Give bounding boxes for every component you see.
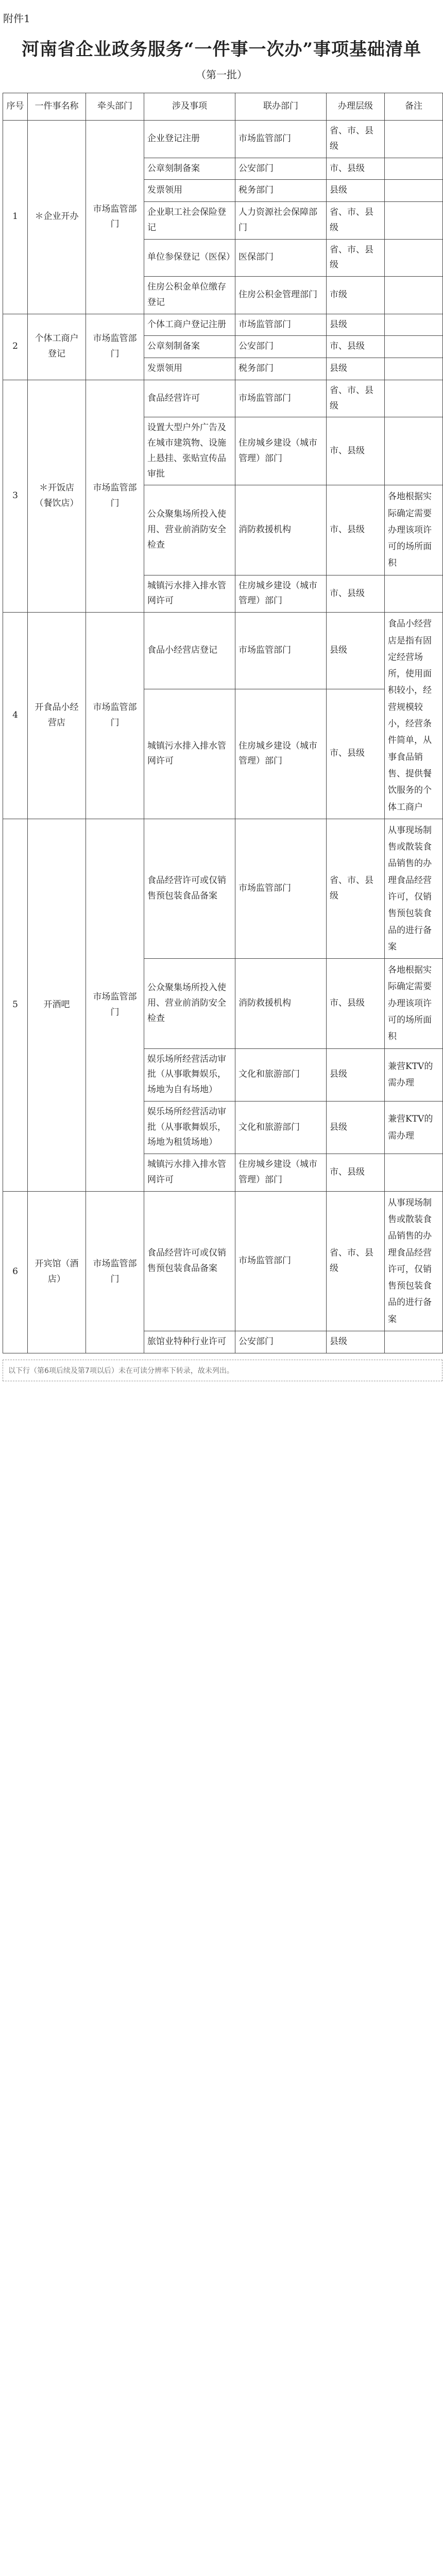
col-header-no: 序号	[3, 93, 28, 121]
table-row: 2个体工商户登记市场监管部门个体工商户登记注册市场监管部门县级	[3, 314, 443, 336]
item-name: 开酒吧	[28, 819, 86, 1191]
item-number: 1	[3, 121, 28, 314]
remark: 食品小经营店是指有固定经营场所，使用面积较小，经营规模较小，经营条件简单，从事食…	[385, 613, 443, 819]
involved-matter: 食品小经营店登记	[144, 613, 235, 689]
involved-matter: 食品经营许可或仅销售预包装食品备案	[144, 819, 235, 958]
item-number: 2	[3, 314, 28, 380]
handling-level: 市、县级	[327, 689, 385, 819]
item-name: ＊企业开办	[28, 121, 86, 314]
joint-department: 公安部门	[235, 1331, 327, 1353]
table-body: 1＊企业开办市场监管部门企业登记注册市场监管部门省、市、县级公章刻制备案公安部门…	[3, 121, 443, 1353]
handling-level: 市、县级	[327, 1154, 385, 1192]
involved-matter: 城镇污水排入排水管网许可	[144, 1154, 235, 1192]
remark	[385, 180, 443, 202]
handling-level: 县级	[327, 1331, 385, 1353]
involved-matter: 公众聚集场所投入使用、营业前消防安全检查	[144, 485, 235, 575]
handling-level: 县级	[327, 314, 385, 336]
involved-matter: 娱乐场所经营活动审批（从事歌舞娱乐，场地为租赁场地）	[144, 1101, 235, 1154]
transcription-status: 以下行（第6项后续及第7项以后）未在可读分辨率下转录，故未列出。	[3, 1360, 442, 1381]
handling-level: 省、市、县级	[327, 819, 385, 958]
remark	[385, 121, 443, 158]
handling-level: 省、市、县级	[327, 121, 385, 158]
involved-matter: 公章刻制备案	[144, 158, 235, 180]
joint-department: 人力资源社会保障部门	[235, 202, 327, 240]
item-name: 开食品小经营店	[28, 613, 86, 819]
col-header-matter: 涉及事项	[144, 93, 235, 121]
remark: 兼营KTV的需办理	[385, 1101, 443, 1154]
involved-matter: 食品经营许可	[144, 380, 235, 417]
involved-matter: 发票领用	[144, 180, 235, 202]
handling-level: 县级	[327, 1048, 385, 1101]
involved-matter: 娱乐场所经营活动审批（从事歌舞娱乐，场地为自有场地）	[144, 1048, 235, 1101]
item-name: ＊开饭店（餐饮店）	[28, 380, 86, 612]
remark	[385, 358, 443, 380]
joint-department: 税务部门	[235, 358, 327, 380]
item-name: 个体工商户登记	[28, 314, 86, 380]
handling-level: 省、市、县级	[327, 1191, 385, 1331]
joint-department: 住房公积金管理部门	[235, 277, 327, 314]
joint-department: 市场监管部门	[235, 613, 327, 689]
lead-department: 市场监管部门	[86, 121, 144, 314]
joint-department: 医保部门	[235, 239, 327, 277]
handling-level: 市、县级	[327, 336, 385, 358]
handling-level: 省、市、县级	[327, 380, 385, 417]
involved-matter: 个体工商户登记注册	[144, 314, 235, 336]
involved-matter: 单位参保登记（医保）	[144, 239, 235, 277]
involved-matter: 发票领用	[144, 358, 235, 380]
handling-level: 省、市、县级	[327, 239, 385, 277]
joint-department: 市场监管部门	[235, 819, 327, 958]
table-row: 4开食品小经营店市场监管部门食品小经营店登记市场监管部门县级食品小经营店是指有固…	[3, 613, 443, 689]
joint-department: 住房城乡建设（城市管理）部门	[235, 575, 327, 613]
col-header-note: 备注	[385, 93, 443, 121]
handling-level: 市级	[327, 277, 385, 314]
remark: 从事现场制售或散装食品销售的办理食品经营许可，仅销售预包装食品的进行备案	[385, 1191, 443, 1331]
item-number: 4	[3, 613, 28, 819]
joint-department: 公安部门	[235, 158, 327, 180]
table-row: 1＊企业开办市场监管部门企业登记注册市场监管部门省、市、县级	[3, 121, 443, 158]
involved-matter: 食品经营许可或仅销售预包装食品备案	[144, 1191, 235, 1331]
lead-department: 市场监管部门	[86, 613, 144, 819]
lead-department: 市场监管部门	[86, 314, 144, 380]
lead-department: 市场监管部门	[86, 380, 144, 612]
remark	[385, 417, 443, 485]
table-row: 6开宾馆（酒店）市场监管部门食品经营许可或仅销售预包装食品备案市场监管部门省、市…	[3, 1191, 443, 1331]
handling-level: 市、县级	[327, 158, 385, 180]
remark: 兼营KTV的需办理	[385, 1048, 443, 1101]
joint-department: 文化和旅游部门	[235, 1101, 327, 1154]
remark	[385, 575, 443, 613]
matters-table: 序号 一件事名称 牵头部门 涉及事项 联办部门 办理层级 备注 1＊企业开办市场…	[3, 93, 443, 1353]
remark	[385, 380, 443, 417]
joint-department: 住房城乡建设（城市管理）部门	[235, 1154, 327, 1192]
joint-department: 公安部门	[235, 336, 327, 358]
remark: 各地根据实际确定需要办理该项许可的场所面积	[385, 959, 443, 1048]
joint-department: 市场监管部门	[235, 314, 327, 336]
joint-department: 消防救援机构	[235, 485, 327, 575]
col-header-level: 办理层级	[327, 93, 385, 121]
item-number: 6	[3, 1191, 28, 1353]
joint-department: 住房城乡建设（城市管理）部门	[235, 689, 327, 819]
involved-matter: 旅馆业特种行业许可	[144, 1331, 235, 1353]
handling-level: 县级	[327, 180, 385, 202]
lead-department: 市场监管部门	[86, 819, 144, 1191]
involved-matter: 住房公积金单位缴存登记	[144, 277, 235, 314]
remark	[385, 314, 443, 336]
involved-matter: 城镇污水排入排水管网许可	[144, 689, 235, 819]
col-header-lead: 牵头部门	[86, 93, 144, 121]
document-page: 附件1 河南省企业政务服务“一件事一次办”事项基础清单 （第一批） 序号 一件事…	[0, 0, 443, 1402]
involved-matter: 公众聚集场所投入使用、营业前消防安全检查	[144, 959, 235, 1048]
document-title: 河南省企业政务服务“一件事一次办”事项基础清单	[0, 35, 443, 60]
involved-matter: 城镇污水排入排水管网许可	[144, 575, 235, 613]
col-header-name: 一件事名称	[28, 93, 86, 121]
remark: 各地根据实际确定需要办理该项许可的场所面积	[385, 485, 443, 575]
involved-matter: 设置大型户外广告及在城市建筑物、设施上悬挂、张贴宣传品审批	[144, 417, 235, 485]
joint-department: 文化和旅游部门	[235, 1048, 327, 1101]
remark	[385, 336, 443, 358]
handling-level: 市、县级	[327, 959, 385, 1048]
handling-level: 市、县级	[327, 417, 385, 485]
remark	[385, 202, 443, 240]
remark	[385, 1154, 443, 1192]
handling-level: 省、市、县级	[327, 202, 385, 240]
joint-department: 消防救援机构	[235, 959, 327, 1048]
remark: 从事现场制售或散装食品销售的办理食品经营许可，仅销售预包装食品的进行备案	[385, 819, 443, 958]
handling-level: 市、县级	[327, 575, 385, 613]
handling-level: 县级	[327, 358, 385, 380]
joint-department: 住房城乡建设（城市管理）部门	[235, 417, 327, 485]
lead-department: 市场监管部门	[86, 1191, 144, 1353]
remark	[385, 158, 443, 180]
table-header-row: 序号 一件事名称 牵头部门 涉及事项 联办部门 办理层级 备注	[3, 93, 443, 121]
col-header-dept: 联办部门	[235, 93, 327, 121]
involved-matter: 公章刻制备案	[144, 336, 235, 358]
joint-department: 税务部门	[235, 180, 327, 202]
remark	[385, 277, 443, 314]
handling-level: 县级	[327, 613, 385, 689]
remark	[385, 1331, 443, 1353]
joint-department: 市场监管部门	[235, 1191, 327, 1331]
handling-level: 县级	[327, 1101, 385, 1154]
remark	[385, 239, 443, 277]
handling-level: 市、县级	[327, 485, 385, 575]
table-row: 3＊开饭店（餐饮店）市场监管部门食品经营许可市场监管部门省、市、县级	[3, 380, 443, 417]
table-row: 5开酒吧市场监管部门食品经营许可或仅销售预包装食品备案市场监管部门省、市、县级从…	[3, 819, 443, 958]
joint-department: 市场监管部门	[235, 380, 327, 417]
item-number: 3	[3, 380, 28, 612]
involved-matter: 企业登记注册	[144, 121, 235, 158]
item-name: 开宾馆（酒店）	[28, 1191, 86, 1353]
joint-department: 市场监管部门	[235, 121, 327, 158]
involved-matter: 企业职工社会保险登记	[144, 202, 235, 240]
item-number: 5	[3, 819, 28, 1191]
attachment-label: 附件1	[0, 0, 443, 26]
document-subtitle: （第一批）	[0, 66, 443, 81]
